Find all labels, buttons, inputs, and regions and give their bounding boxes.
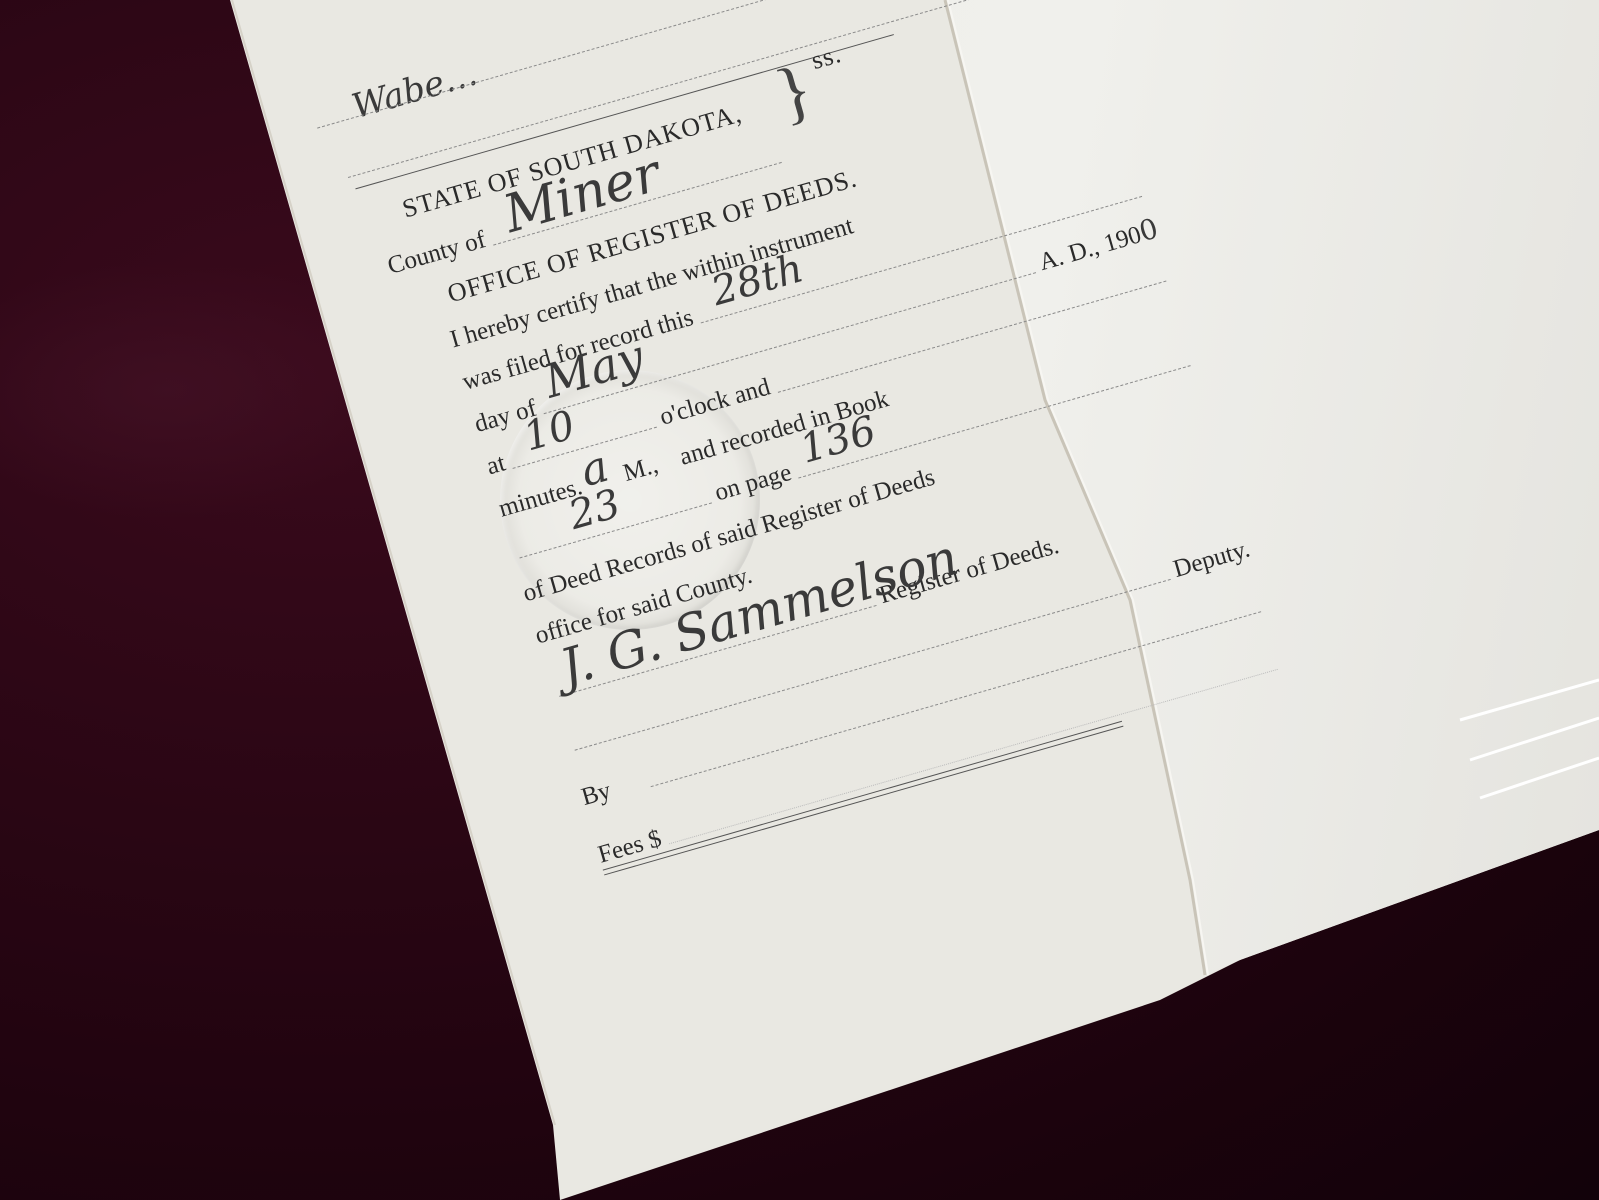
ss-label: ss. — [808, 39, 845, 76]
